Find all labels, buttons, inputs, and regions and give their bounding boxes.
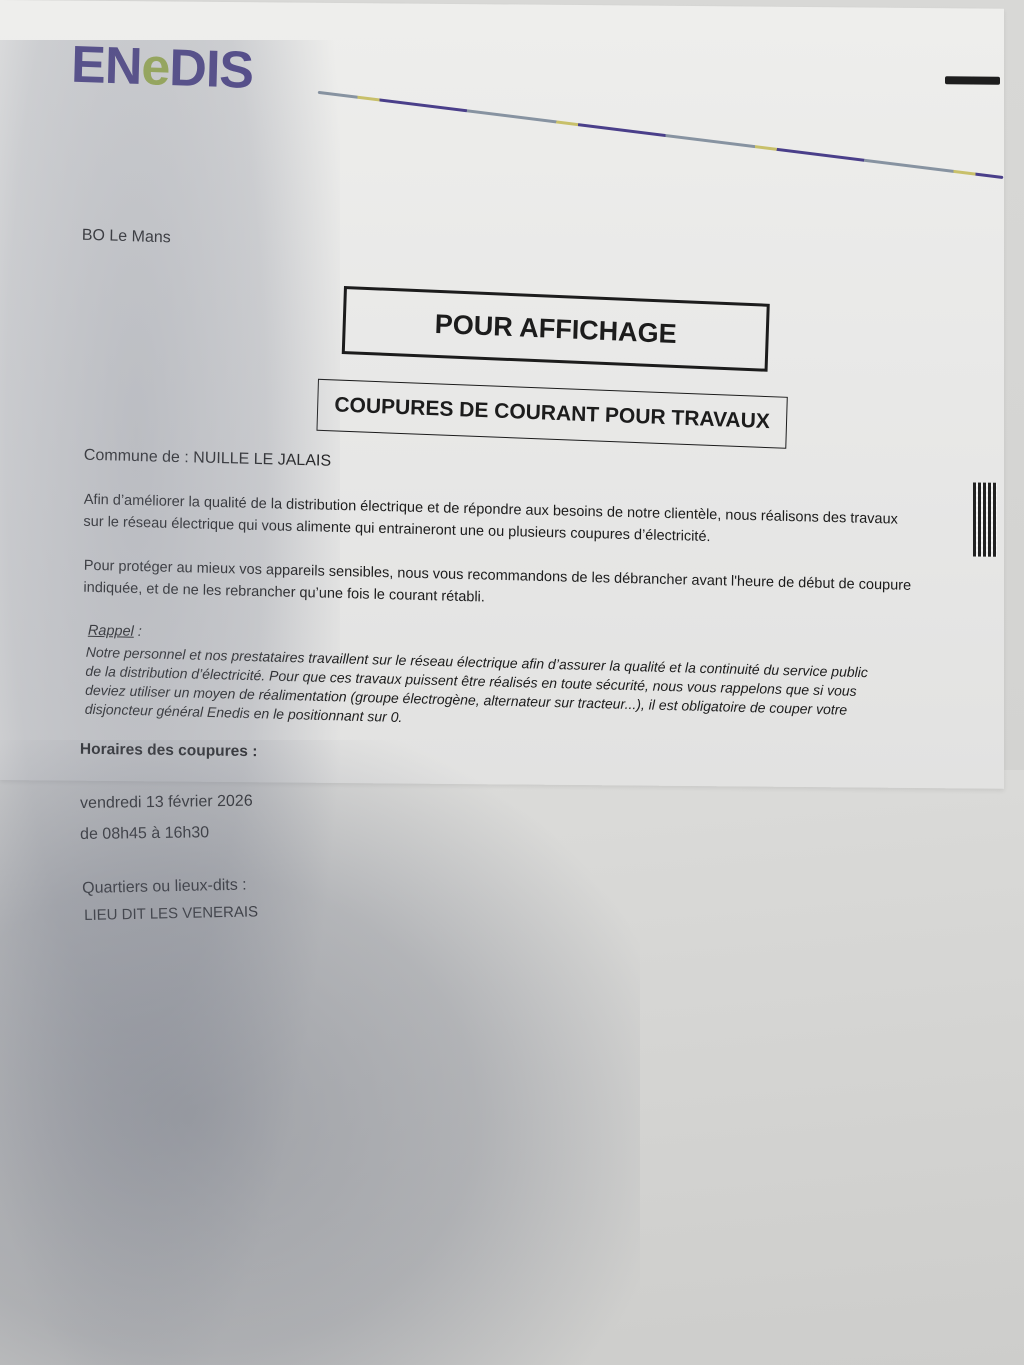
logo-text-accent: e [141,38,170,97]
brand-divider-line [318,91,1004,179]
advice-paragraph: Pour protéger au mieux vos appareils sen… [83,555,911,619]
schedule-label: Horaires des coupures : [80,741,258,761]
locations-value: LIEU DIT LES VENERAIS [84,903,258,924]
reminder-body: Notre personnel et nos prestataires trav… [85,643,868,739]
notice-page: ENeDIS BO Le Mans POUR AFFICHAGE COUPURE… [0,0,1004,789]
reminder-title-suffix: : [134,624,142,640]
page-title: POUR AFFICHAGE [434,308,677,349]
heading-box: POUR AFFICHAGE [342,286,770,372]
corner-registration-mark [945,76,1000,84]
reminder-title: Rappel [88,623,134,640]
locations-label: Quartiers ou lieux-dits : [82,877,247,898]
logo-text-start: EN [70,36,142,96]
outage-hours: de 08h45 à 16h30 [80,824,209,844]
datamatrix-code-icon [973,482,997,556]
page-subtitle: COUPURES DE COURANT POUR TRAVAUX [334,393,770,434]
logo-text-end: DIS [169,39,254,100]
commune-line: Commune de : NUILLE LE JALAIS [84,447,331,471]
subheading-box: COUPURES DE COURANT POUR TRAVAUX [316,379,787,449]
intro-paragraph: Afin d’améliorer la qualité de la distri… [83,489,898,553]
outage-date: vendredi 13 février 2026 [80,793,253,813]
reminder-heading: Rappel : [88,623,142,640]
sender-office: BO Le Mans [82,227,171,248]
lower-paper-sheet [0,770,1024,1365]
enedis-logo: ENeDIS [70,35,253,101]
